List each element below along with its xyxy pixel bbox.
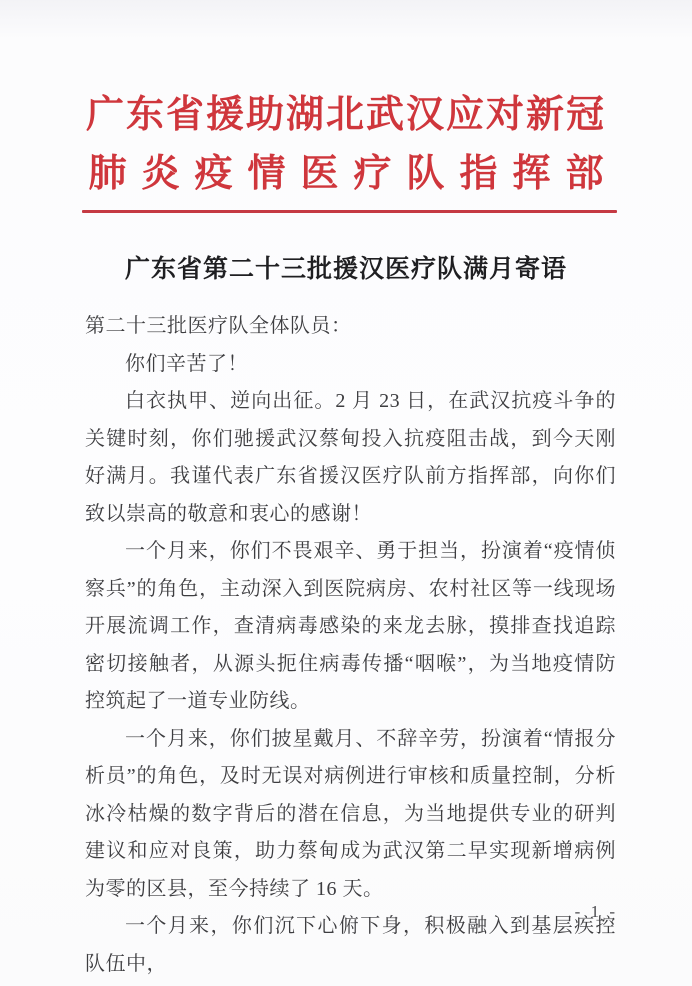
document-page: 广东省援助湖北武汉应对新冠 肺炎疫情医疗队指挥部 广东省第二十三批援汉医疗队满月… [0,0,692,986]
salutation: 第二十三批医疗队全体队员： [85,308,616,346]
letterhead-line-1: 广东省援助湖北武汉应对新冠 [0,86,692,145]
red-divider-line [82,210,617,213]
red-letterhead: 广东省援助湖北武汉应对新冠 肺炎疫情医疗队指挥部 [0,86,692,204]
paragraph-5: 一个月来，你们沉下心俯下身，积极融入到基层疾控队伍中， [85,908,616,983]
paragraph-1: 你们辛苦了！ [85,346,616,384]
document-body: 第二十三批医疗队全体队员： 你们辛苦了！ 白衣执甲、逆向出征。2 月 23 日，… [85,308,616,983]
paragraph-3: 一个月来，你们不畏艰辛、勇于担当，扮演着“疫情侦察兵”的角色，主动深入到医院病房… [85,533,616,721]
letterhead-line-2: 肺炎疫情医疗队指挥部 [0,145,692,204]
document-title: 广东省第二十三批援汉医疗队满月寄语 [60,253,632,287]
paragraph-4: 一个月来，你们披星戴月、不辞辛劳，扮演着“情报分析员”的角色，及时无误对病例进行… [85,721,616,909]
page-number: - 1 - [575,902,618,922]
paragraph-2: 白衣执甲、逆向出征。2 月 23 日，在武汉抗疫斗争的关键时刻，你们驰援武汉蔡甸… [85,383,616,533]
